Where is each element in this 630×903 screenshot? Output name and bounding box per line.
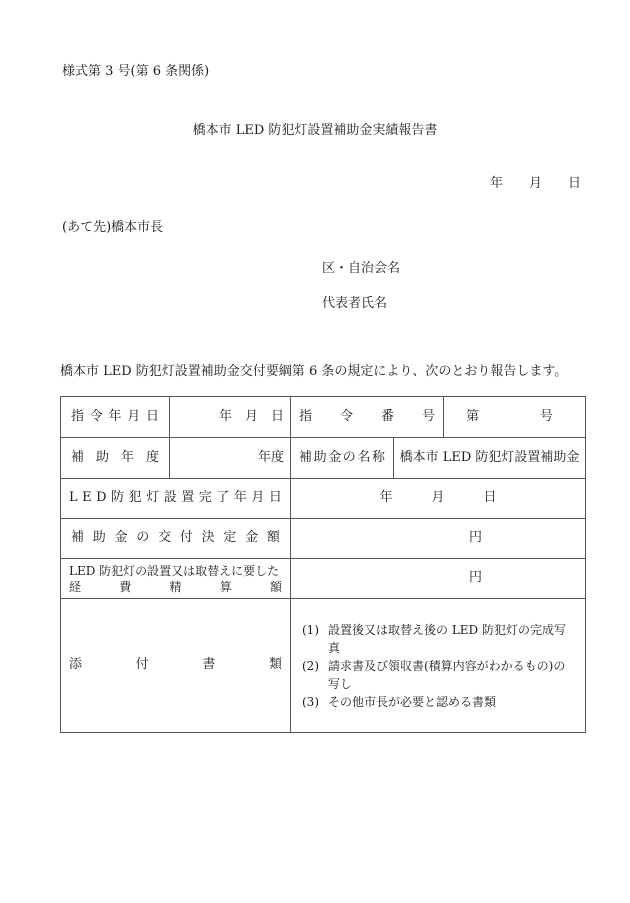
directive-date-label: 指令年月日 bbox=[61, 409, 169, 426]
addressee-line: (あて先)橋本市長 bbox=[62, 220, 163, 236]
completion-date-value: 年 月 日 bbox=[291, 490, 585, 507]
intro-text: 橋本市 LED 防犯灯設置補助金交付要綱第 6 条の規定により、次のとおり報告し… bbox=[60, 364, 567, 380]
directive-date-label-cell: 指令年月日 bbox=[61, 397, 170, 438]
report-table: 指令年月日 年 月 日 指令番号 第号 補助年度 年度 bbox=[60, 396, 586, 733]
directive-date-value-cell: 年 月 日 bbox=[170, 397, 291, 438]
attachments-value-cell: (1) 設置後又は取替え後の LED 防犯灯の完成写真 (2) 請求書及び領収書… bbox=[291, 599, 586, 733]
subsidy-year-label-cell: 補助年度 bbox=[61, 438, 170, 479]
subsidy-year-label: 補助年度 bbox=[61, 450, 169, 467]
form-number: 様式第 3 号(第 6 条関係) bbox=[62, 64, 209, 80]
directive-date-value: 年 月 日 bbox=[170, 409, 290, 426]
row-grant-amount: 補助金の交付決定金額 円 bbox=[61, 519, 586, 559]
expense-amount-label-line1: LED 防犯灯の設置又は取替えに要した bbox=[69, 563, 282, 579]
expense-amount-value-cell: 円 bbox=[291, 559, 586, 599]
completion-date-label-cell: LED防犯灯設置完了年月日 bbox=[61, 479, 291, 519]
subsidy-year-unit: 年度 bbox=[170, 450, 290, 467]
row-expense-amount: LED 防犯灯の設置又は取替えに要した 経費精算額 円 bbox=[61, 559, 586, 599]
attachments-list: (1) 設置後又は取替え後の LED 防犯灯の完成写真 (2) 請求書及び領収書… bbox=[291, 621, 585, 711]
expense-amount-label-cell: LED 防犯灯の設置又は取替えに要した 経費精算額 bbox=[61, 559, 291, 599]
directive-number-value-cell: 第号 bbox=[444, 397, 586, 438]
attachments-label-cell: 添付書類 bbox=[61, 599, 291, 733]
row-completion-date: LED防犯灯設置完了年月日 年 月 日 bbox=[61, 479, 586, 519]
subsidy-name-value: 橋本市 LED 防犯灯設置補助金 bbox=[394, 450, 585, 467]
attachment-item-text: 設置後又は取替え後の LED 防犯灯の完成写真 bbox=[328, 621, 570, 657]
attachment-item-text: その他市長が必要と認める書類 bbox=[328, 693, 496, 711]
date-line: 年 月 日 bbox=[0, 176, 630, 192]
completion-date-value-cell: 年 月 日 bbox=[291, 479, 586, 519]
grant-amount-value-cell: 円 bbox=[291, 519, 586, 559]
completion-date-label: LED防犯灯設置完了年月日 bbox=[61, 490, 290, 507]
page-title: 橋本市 LED 防犯灯設置補助金実績報告書 bbox=[0, 123, 630, 139]
grant-amount-yen-unit: 円 bbox=[291, 530, 585, 547]
attachment-item-number: (2) bbox=[302, 657, 328, 693]
attachment-item-text: 請求書及び領収書(積算内容がわかるもの)の写し bbox=[328, 657, 570, 693]
expense-amount-label-line2: 経費精算額 bbox=[69, 579, 282, 595]
directive-number-value: 第号 bbox=[444, 409, 585, 426]
subsidy-name-value-cell: 橋本市 LED 防犯灯設置補助金 bbox=[394, 438, 586, 479]
directive-number-label: 指令番号 bbox=[291, 409, 443, 426]
attachment-item-number: (1) bbox=[302, 621, 328, 657]
report-form-page: 様式第 3 号(第 6 条関係) 橋本市 LED 防犯灯設置補助金実績報告書 年… bbox=[0, 0, 630, 903]
subsidy-year-value-cell: 年度 bbox=[170, 438, 291, 479]
row-attachments: 添付書類 (1) 設置後又は取替え後の LED 防犯灯の完成写真 (2) 請求書… bbox=[61, 599, 586, 733]
directive-number-label-cell: 指令番号 bbox=[291, 397, 444, 438]
attachment-item: (1) 設置後又は取替え後の LED 防犯灯の完成写真 bbox=[302, 621, 577, 657]
grant-amount-label: 補助金の交付決定金額 bbox=[61, 530, 290, 547]
grant-amount-label-cell: 補助金の交付決定金額 bbox=[61, 519, 291, 559]
attachments-label: 添付書類 bbox=[61, 657, 290, 674]
expense-amount-yen-unit: 円 bbox=[291, 570, 585, 587]
subsidy-name-label-cell: 補助金の名称 bbox=[291, 438, 394, 479]
subsidy-name-label: 補助金の名称 bbox=[291, 450, 393, 467]
representative-name-label: 代表者氏名 bbox=[322, 296, 387, 312]
attachment-item: (3) その他市長が必要と認める書類 bbox=[302, 693, 577, 711]
row-subsidy-year: 補助年度 年度 補助金の名称 橋本市 LED 防犯灯設置補助金 bbox=[61, 438, 586, 479]
attachment-item: (2) 請求書及び領収書(積算内容がわかるもの)の写し bbox=[302, 657, 577, 693]
org-name-label: 区・自治会名 bbox=[322, 261, 400, 277]
attachment-item-number: (3) bbox=[302, 693, 328, 711]
row-directive-date: 指令年月日 年 月 日 指令番号 第号 bbox=[61, 397, 586, 438]
